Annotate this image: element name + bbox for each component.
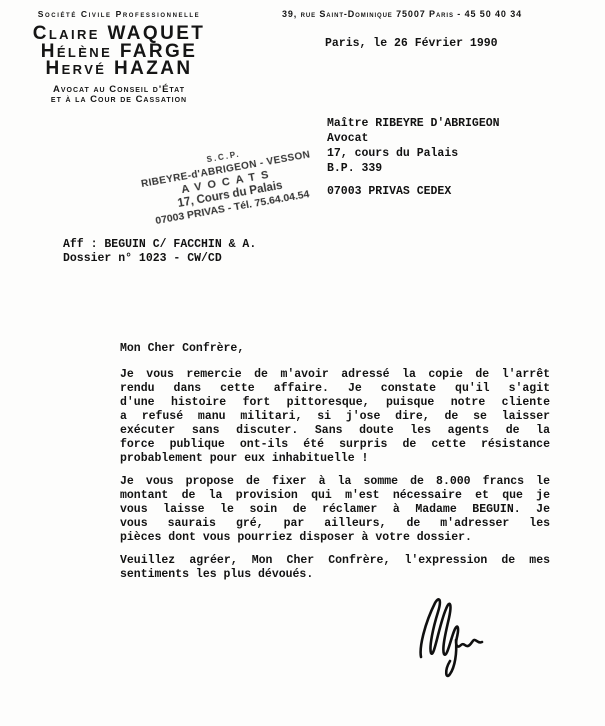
body-line: Je vous propose de fixer à la somme de 8… — [120, 475, 550, 489]
body-line: probablement pour eux inhabituelle ! — [120, 452, 550, 466]
recipient-spacer — [327, 176, 500, 184]
rubber-stamp: S.C.P. RIBEYRE-d'ABRIGEON - VESSON AVOCA… — [126, 133, 330, 231]
letterhead-left: Société Civile Professionnelle Claire WA… — [8, 9, 230, 106]
body-paragraph: Je vous remercie de m'avoir adressé la c… — [120, 368, 550, 466]
recipient-po-box: B.P. 339 — [327, 161, 500, 176]
partner-name-3: Hervé HAZAN — [8, 60, 230, 78]
reference-block: Aff : BEGUIN C/ FACCHIN & A. Dossier n° … — [63, 238, 256, 266]
body-line: rendu dans cette affaire. Je constate qu… — [120, 382, 550, 396]
letter-body: Mon Cher Confrère, Je vous remercie de m… — [120, 342, 550, 591]
body-line: d'une histoire fort pittoresque, puisque… — [120, 396, 550, 410]
body-paragraphs: Je vous remercie de m'avoir adressé la c… — [120, 368, 550, 582]
partner-name-1: Claire WAQUET — [8, 25, 230, 43]
recipient-street: 17, cours du Palais — [327, 146, 500, 161]
body-line: Veuillez agréer, Mon Cher Confrère, l'ex… — [120, 554, 550, 568]
body-line: exécuter sans discuter. Sans doute les a… — [120, 424, 550, 438]
bar-titles: Avocat au Conseil d'État et à la Cour de… — [8, 85, 230, 106]
body-line: vous saurais gré, par ailleurs, de m'adr… — [120, 517, 550, 531]
body-line: sentiments les plus dévoués. — [120, 568, 550, 582]
body-line: montant de la provision qui m'est nécess… — [120, 489, 550, 503]
recipient-block: Maître RIBEYRE D'ABRIGEON Avocat 17, cou… — [327, 116, 500, 199]
body-line: force publique ont-ils été surpris de ce… — [120, 438, 550, 452]
partner-names: Claire WAQUET Hélène FARGE Hervé HAZAN — [8, 25, 230, 78]
body-paragraph: Je vous propose de fixer à la somme de 8… — [120, 475, 550, 545]
firm-type: Société Civile Professionnelle — [8, 9, 230, 19]
body-line: pièces dont vous pourriez disposer à vot… — [120, 531, 550, 545]
recipient-name: Maître RIBEYRE D'ABRIGEON — [327, 116, 500, 131]
body-line: vous laisse le soin de réclamer à Madame… — [120, 503, 550, 517]
body-line: a refusé manu militari, si j'ose dire, d… — [120, 410, 550, 424]
scanned-letter-page: Société Civile Professionnelle Claire WA… — [0, 0, 605, 726]
signature-scribble — [405, 585, 505, 690]
recipient-postal: 07003 PRIVAS CEDEX — [327, 184, 500, 199]
body-paragraph: Veuillez agréer, Mon Cher Confrère, l'ex… — [120, 554, 550, 582]
recipient-title: Avocat — [327, 131, 500, 146]
letterhead-address: 39, rue Saint-Dominique 75007 Paris - 45… — [282, 9, 602, 19]
salutation: Mon Cher Confrère, — [120, 342, 550, 356]
date-line: Paris, le 26 Février 1990 — [325, 37, 498, 50]
affair-line: Aff : BEGUIN C/ FACCHIN & A. — [63, 238, 256, 252]
body-line: Je vous remercie de m'avoir adressé la c… — [120, 368, 550, 382]
dossier-line: Dossier n° 1023 - CW/CD — [63, 252, 256, 266]
bar-title-line-2: et à la Cour de Cassation — [8, 95, 230, 106]
